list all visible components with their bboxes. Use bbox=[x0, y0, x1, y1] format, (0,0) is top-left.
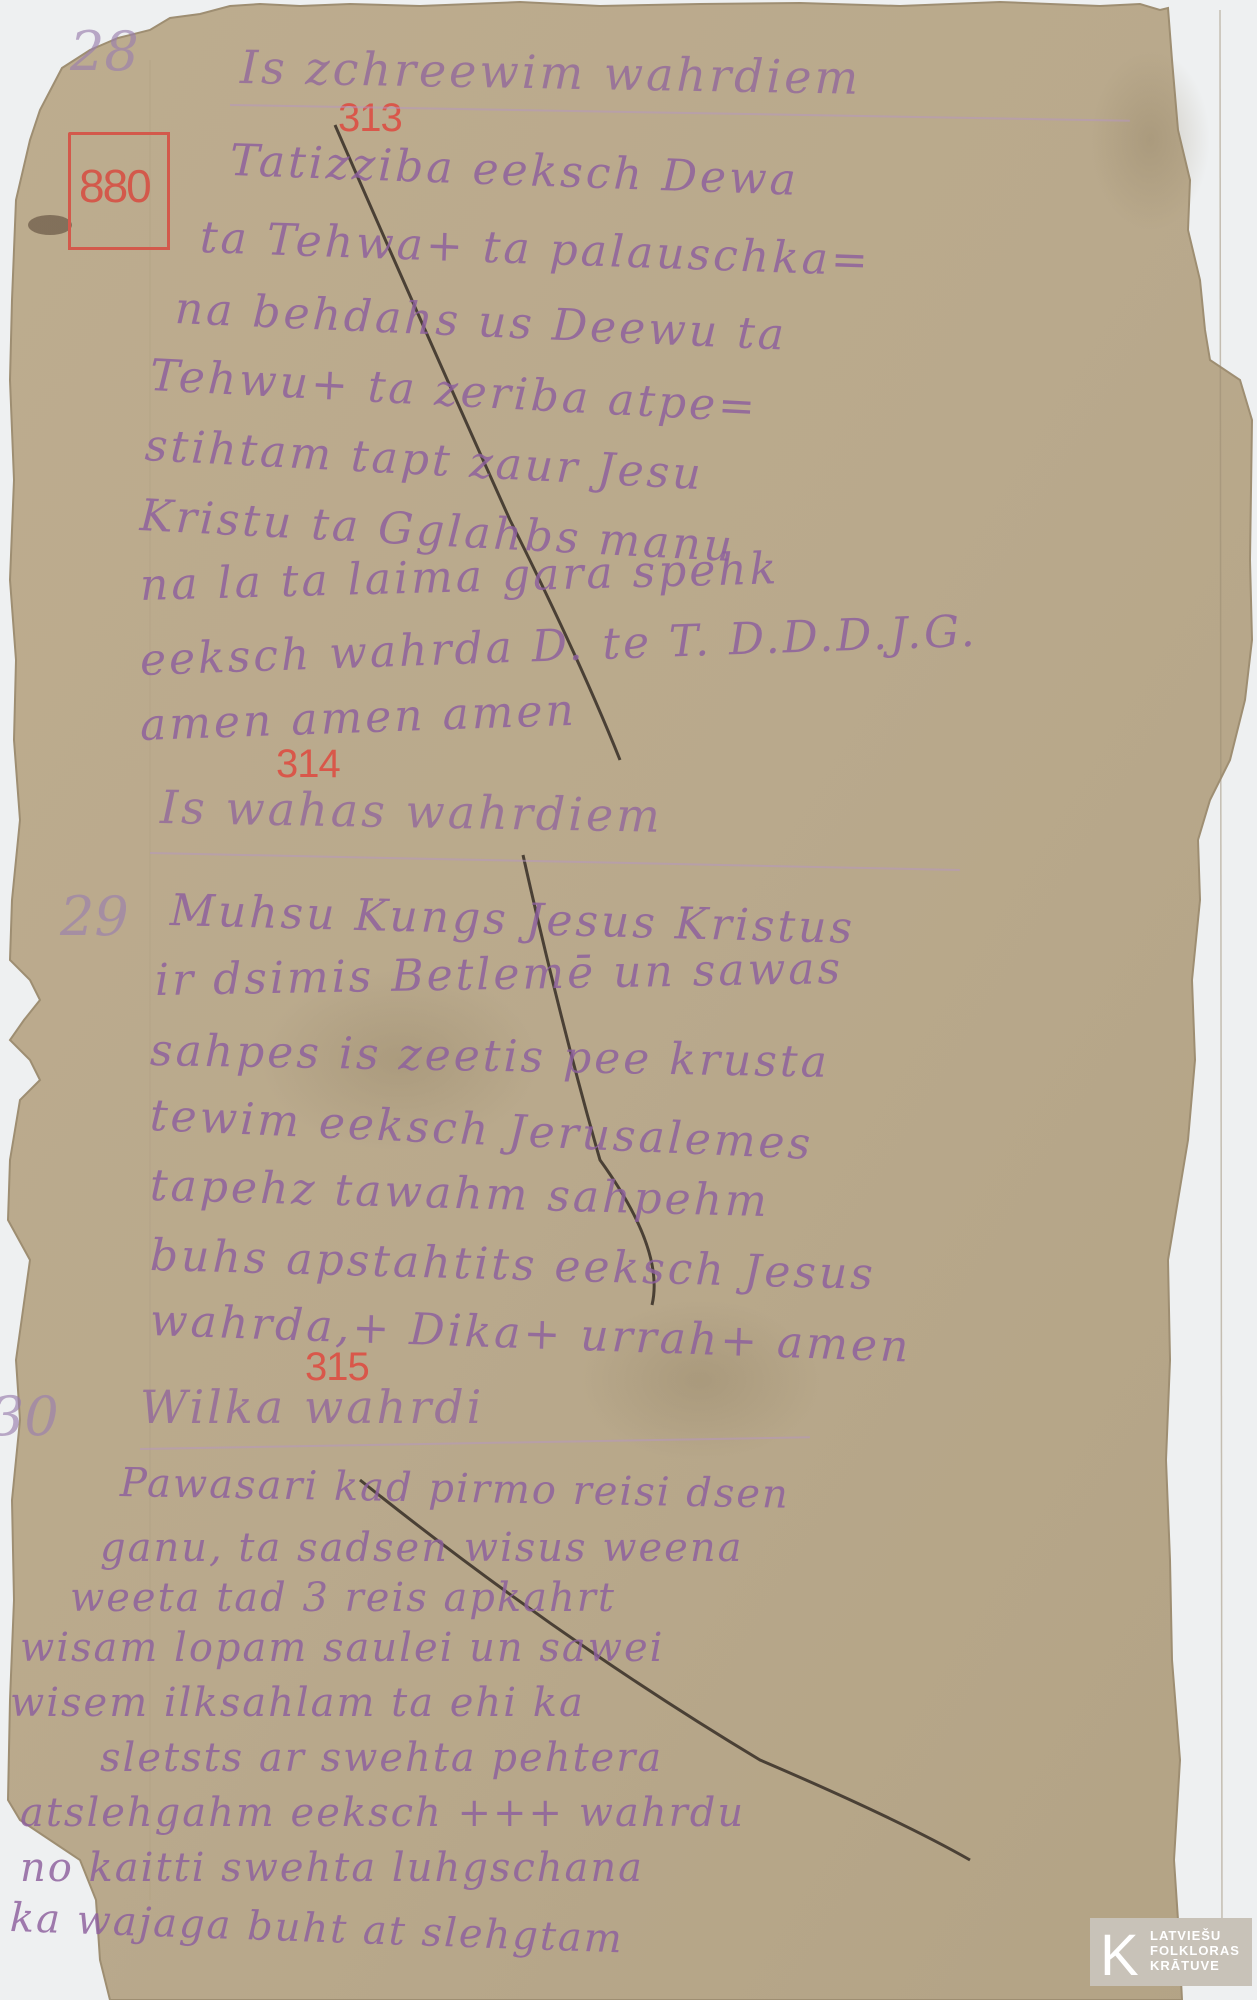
manuscript-page: 880 28 313 Is zchreewim wahrdiem Tatizzi… bbox=[0, 0, 1257, 2000]
archive-number-box: 880 bbox=[68, 132, 170, 250]
archive-number: 880 bbox=[79, 159, 150, 213]
logo-line-1: LATVIEŠU bbox=[1150, 1928, 1240, 1943]
logo-letter: K bbox=[1100, 1922, 1139, 1989]
entry-heading: Is zchreewim wahrdiem bbox=[240, 40, 862, 105]
red-archive-number: 314 bbox=[276, 742, 340, 787]
red-archive-number: 313 bbox=[338, 96, 402, 141]
margin-number: 30 bbox=[0, 1385, 59, 1448]
text-line: no kaitti swehta luhgschana bbox=[20, 1845, 644, 1891]
text-line: weeta tad 3 reis apkahrt bbox=[70, 1575, 616, 1621]
logo-line-2: FOLKLORAS bbox=[1150, 1943, 1240, 1958]
entry-heading: Wilka wahrdi bbox=[140, 1380, 484, 1434]
text-line: atslehgahm eeksch +++ wahrdu bbox=[20, 1790, 745, 1836]
entry-heading: Is wahas wahrdiem bbox=[160, 780, 664, 843]
margin-number: 28 bbox=[70, 20, 139, 83]
text-line: sletsts ar swehta pehtera bbox=[100, 1735, 663, 1781]
margin-number: 29 bbox=[60, 885, 129, 948]
text-line: ganu, ta sadsen wisus weena bbox=[100, 1525, 743, 1571]
text-line: wisam lopam saulei un sawei bbox=[20, 1625, 664, 1671]
archive-logo: K LATVIEŠU FOLKLORAS KRĀTUVE bbox=[1090, 1918, 1252, 1986]
text-line: wisem ilksahlam ta ehi ka bbox=[10, 1680, 585, 1726]
logo-line-3: KRĀTUVE bbox=[1150, 1958, 1240, 1973]
